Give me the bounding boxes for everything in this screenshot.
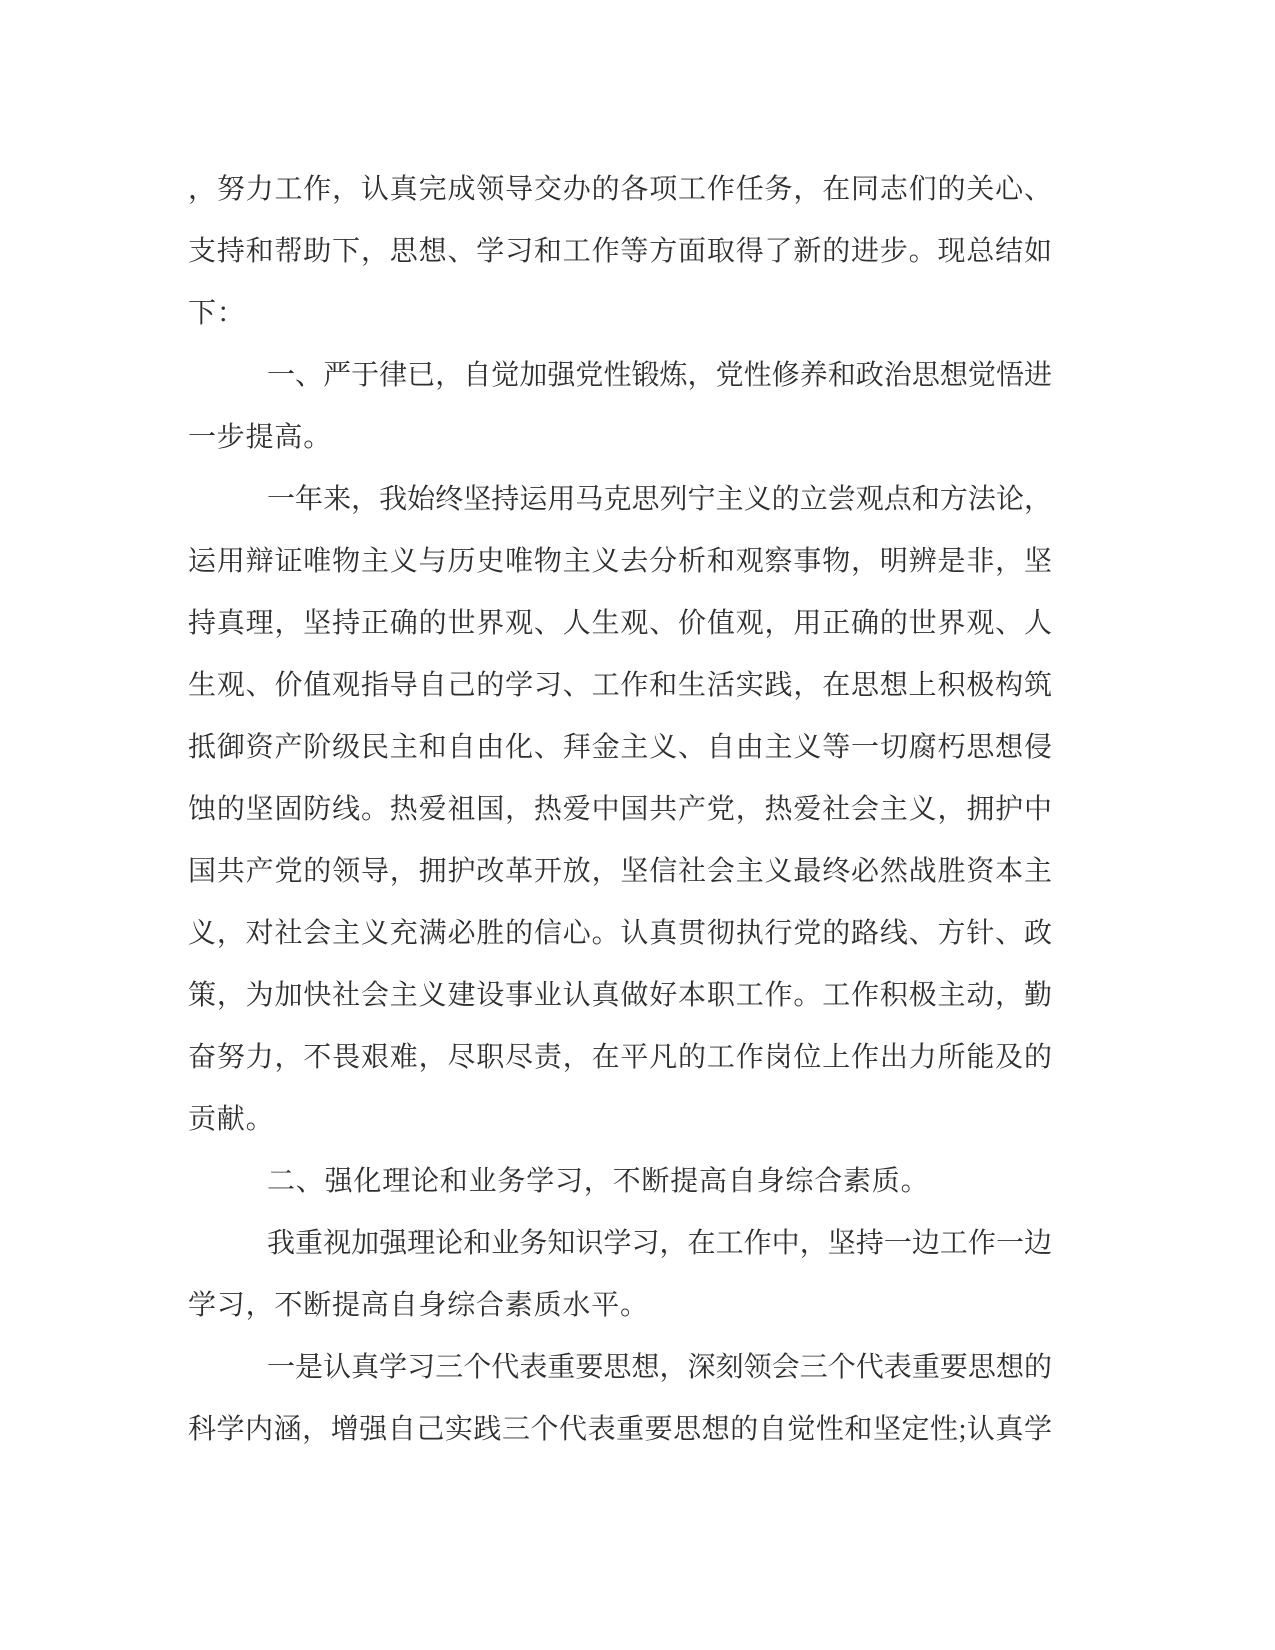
text-line: 持真理，坚持正确的世界观、人生观、价值观，用正确的世界观、人 <box>188 593 1052 655</box>
text-line: 一步提高。 <box>188 407 1052 469</box>
text-line: 策，为加快社会主义建设事业认真做好本职工作。工作积极主动，勤 <box>188 965 1052 1027</box>
text-line: 生观、价值观指导自己的学习、工作和生活实践，在思想上积极构筑 <box>188 655 1052 717</box>
text-line: ，努力工作，认真完成领导交办的各项工作任务，在同志们的关心、 <box>188 159 1052 221</box>
text-line: 运用辩证唯物主义与历史唯物主义去分析和观察事物，明辨是非，坚 <box>188 531 1052 593</box>
text-line: 蚀的坚固防线。热爱祖国，热爱中国共产党，热爱社会主义，拥护中 <box>188 779 1052 841</box>
text-line: 抵御资产阶级民主和自由化、拜金主义、自由主义等一切腐朽思想侵 <box>188 717 1052 779</box>
document-page: ，努力工作，认真完成领导交办的各项工作任务，在同志们的关心、 支持和帮助下，思想… <box>0 0 1275 1650</box>
text-line: 一、严于律已，自觉加强党性锻炼，党性修养和政治思想觉悟进 <box>188 345 1052 407</box>
text-line: 贡献。 <box>188 1089 1052 1151</box>
text-line: 义，对社会主义充满必胜的信心。认真贯彻执行党的路线、方针、政 <box>188 903 1052 965</box>
text-line: 科学内涵，增强自己实践三个代表重要思想的自觉性和坚定性;认真学 <box>188 1399 1052 1461</box>
text-line: 国共产党的领导，拥护改革开放，坚信社会主义最终必然战胜资本主 <box>188 841 1052 903</box>
text-line: 一年来，我始终坚持运用马克思列宁主义的立尝观点和方法论， <box>188 469 1052 531</box>
text-line: 一是认真学习三个代表重要思想，深刻领会三个代表重要思想的 <box>188 1337 1052 1399</box>
text-line: 学习，不断提高自身综合素质水平。 <box>188 1275 1052 1337</box>
text-line: 我重视加强理论和业务知识学习，在工作中，坚持一边工作一边 <box>188 1213 1052 1275</box>
text-line: 二、强化理论和业务学习，不断提高自身综合素质。 <box>188 1151 1052 1213</box>
text-line: 奋努力，不畏艰难，尽职尽责，在平凡的工作岗位上作出力所能及的 <box>188 1027 1052 1089</box>
text-line: 下： <box>188 283 1052 345</box>
text-block: ，努力工作，认真完成领导交办的各项工作任务，在同志们的关心、 支持和帮助下，思想… <box>188 159 1052 1461</box>
text-line: 支持和帮助下，思想、学习和工作等方面取得了新的进步。现总结如 <box>188 221 1052 283</box>
